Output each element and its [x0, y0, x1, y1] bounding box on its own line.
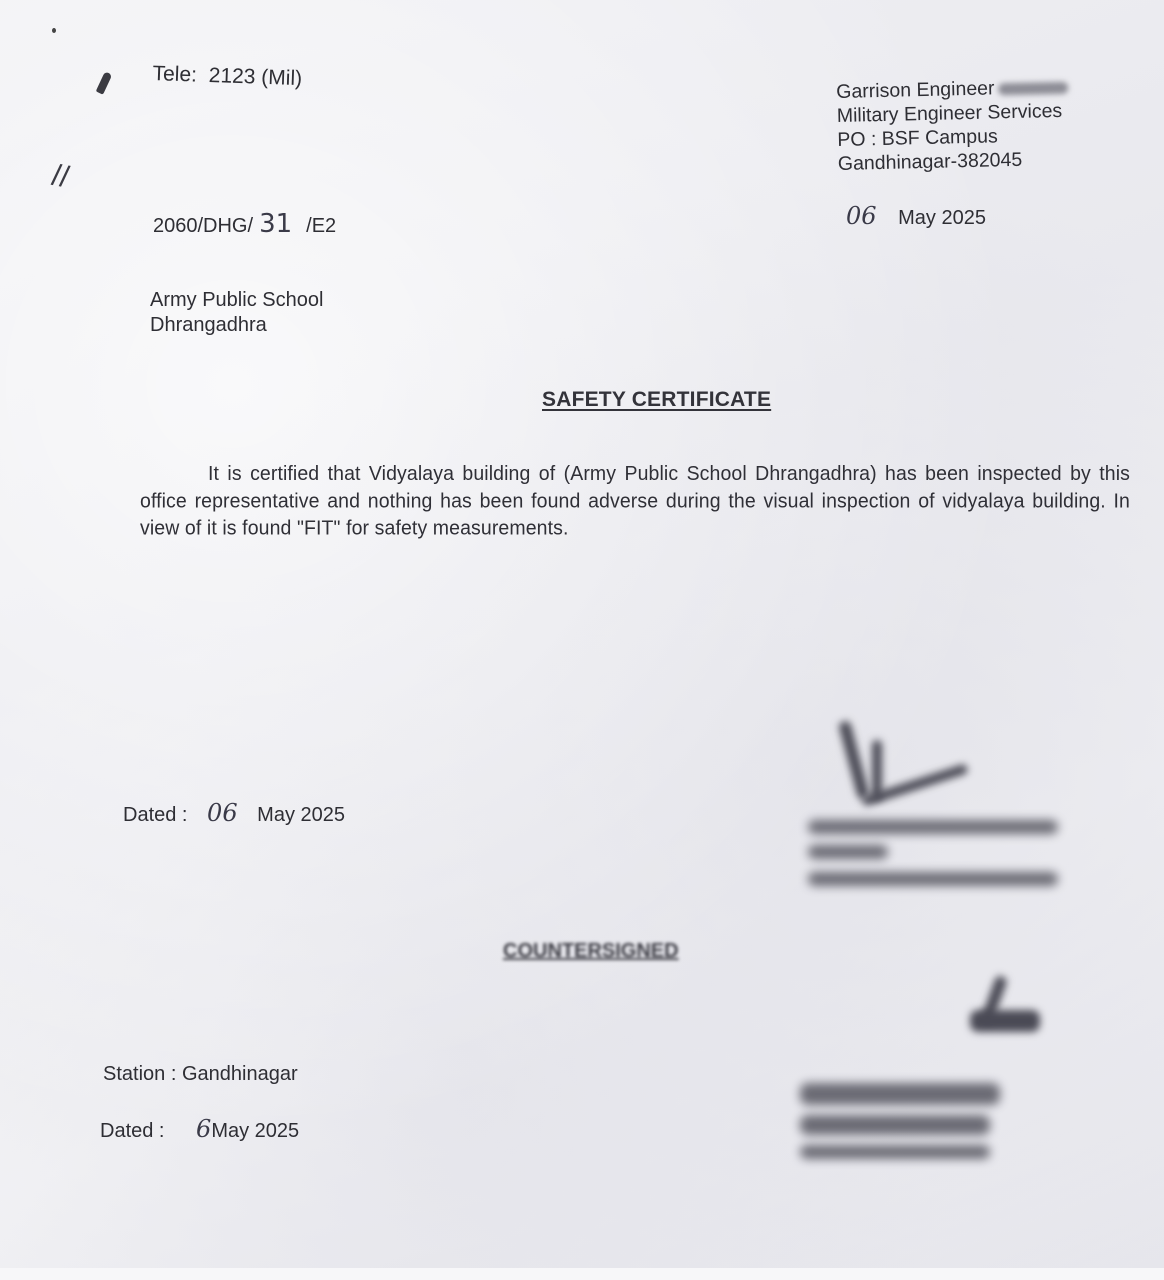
addressee-line-1: Army Public School — [150, 288, 323, 313]
letter-date-day: 06 — [846, 202, 877, 230]
countersign-date-month-year: May 2025 — [211, 1120, 299, 1142]
redacted-name-line — [800, 1083, 1000, 1105]
scan-edge — [0, 1268, 1164, 1280]
addressee: Army Public School Dhrangadhra — [150, 288, 323, 338]
countersign-date-day: 6 — [196, 1115, 211, 1143]
redacted-name-line — [808, 845, 888, 859]
telephone-line: Tele: 2123 (Mil) — [152, 62, 302, 91]
countersign-date: Dated : 6May 2025 — [100, 1116, 299, 1144]
reference-number: 2060/DHG/31/E2 — [153, 210, 336, 240]
address-line-city: Gandhinagar-382045 — [838, 147, 1071, 176]
addressee-line-2: Dhrangadhra — [150, 313, 323, 338]
redaction-mark — [998, 82, 1068, 96]
certificate-body: It is certified that Vidyalaya building … — [140, 460, 1130, 542]
office-address: Garrison Engineer Military Engineer Serv… — [836, 75, 1070, 176]
tele-number: 2123 (Mil) — [208, 64, 302, 90]
issue-date-label: Dated : — [123, 804, 187, 826]
document-title: SAFETY CERTIFICATE — [542, 388, 771, 412]
redacted-name-line — [800, 1145, 990, 1159]
signature-stroke — [970, 1010, 1040, 1032]
countersigned-heading: COUNTERSIGNED — [503, 940, 679, 963]
reference-prefix: 2060/DHG/ — [153, 215, 253, 237]
issue-date-day: 06 — [207, 799, 238, 827]
letter-date: 06 May 2025 — [846, 203, 986, 231]
redacted-signature-block-1 — [800, 710, 1070, 900]
issue-date: Dated : 06 May 2025 — [123, 800, 345, 828]
redacted-name-line — [808, 820, 1058, 834]
signature-stroke — [838, 720, 870, 800]
station-line: Station : Gandhinagar — [103, 1063, 298, 1086]
reference-handwritten-number: 31 — [259, 209, 292, 239]
letter-date-month-year: May 2025 — [898, 207, 986, 229]
paper-speck — [52, 28, 56, 33]
certificate-page: // Tele: 2123 (Mil) Garrison Engineer Mi… — [0, 0, 1164, 1280]
handwritten-slash-mark: // — [49, 159, 71, 195]
issue-date-month-year: May 2025 — [257, 804, 345, 826]
countersign-date-label: Dated : — [100, 1120, 164, 1142]
stapler-pin-mark — [96, 71, 113, 94]
redacted-name-line — [808, 872, 1058, 886]
station-label: Station : — [103, 1063, 176, 1085]
redacted-name-line — [800, 1115, 990, 1135]
reference-suffix: /E2 — [306, 215, 336, 237]
redacted-signature-block-2 — [790, 965, 1050, 1175]
tele-label: Tele: — [152, 62, 197, 87]
station-value: Gandhinagar — [182, 1063, 298, 1085]
